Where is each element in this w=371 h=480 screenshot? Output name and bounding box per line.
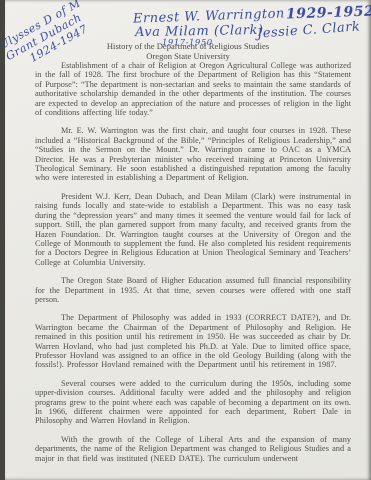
paragraph-state-board: The Oregon State Board of Higher Educati… — [35, 276, 351, 304]
paragraph-liberal-arts: With the growth of the College of Libera… — [35, 435, 351, 463]
document-page: Ulysses D of M Grant Dubach 1924-1947 Er… — [5, 0, 371, 480]
document-header: History of the Department of Religious S… — [5, 41, 371, 61]
paragraph-establishment: Establishment of a chair of Religion at … — [35, 61, 351, 117]
paragraph-curriculum-growth: Several courses were added to the curric… — [35, 379, 351, 426]
paragraph-warrington-first-chair: Mr. E. W. Warrington was the first chair… — [35, 126, 351, 182]
document-subtitle: Oregon State University — [5, 51, 371, 61]
document-title: History of the Department of Religious S… — [5, 41, 371, 51]
document-body: Establishment of a chair of Religion at … — [35, 61, 351, 472]
scanned-document-photo: Ulysses D of M Grant Dubach 1924-1947 Er… — [0, 0, 371, 480]
handwritten-note-clark-name: Jessie C. Clark — [257, 19, 361, 41]
paragraph-fundraising: President W.J. Kerr, Dean Dubach, and De… — [35, 192, 351, 267]
paragraph-philosophy-added: The Department of Philosophy was added i… — [35, 313, 351, 369]
